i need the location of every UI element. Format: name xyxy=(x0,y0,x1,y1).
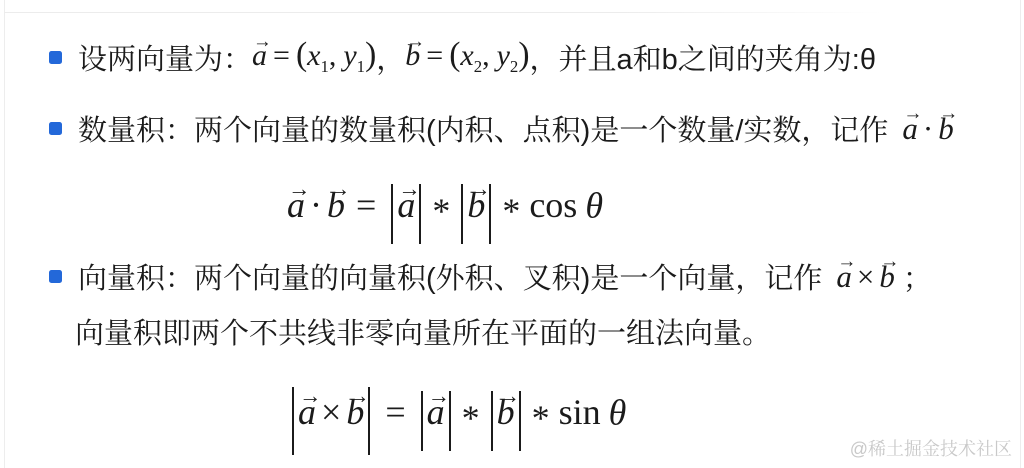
vector-arrow-icon: → xyxy=(468,178,490,200)
vector-a: →a xyxy=(287,187,305,223)
bullet-line-dot-product: 数量积：两个向量的数量积(内积、点积)是一个数量/实数，记作 →a·→b xyxy=(49,105,954,151)
math-letter: x xyxy=(460,39,473,72)
bullet-square-icon xyxy=(49,122,62,135)
math-letter: y xyxy=(343,39,356,72)
line4-text: 向量积即两个不共线非零向量所在平面的一组法向量。 xyxy=(75,311,771,352)
cos-function: cos xyxy=(529,185,577,225)
abs-bar xyxy=(449,391,451,451)
vector-arrow-icon: → xyxy=(406,33,425,52)
vector-arrow-icon: → xyxy=(903,104,922,123)
y-symbol: y xyxy=(343,41,356,71)
cross-operator: × xyxy=(321,392,341,432)
left-paren: ( xyxy=(296,36,307,73)
slide-edge-right xyxy=(1020,0,1021,468)
abs-bar xyxy=(292,387,294,455)
comma: , xyxy=(329,39,337,72)
dot-operator: · xyxy=(923,111,933,146)
vector-a: →a xyxy=(427,394,445,430)
math-letter: y xyxy=(497,39,510,72)
cross-product-formula: →a×→b=→a*→b*sinθ xyxy=(288,382,626,450)
subscript-1: 1 xyxy=(320,57,328,76)
slide-edge-top xyxy=(4,12,884,13)
vector-b: →b xyxy=(879,261,895,292)
vector-arrow-icon: → xyxy=(299,385,321,407)
separator-comma: ， xyxy=(376,37,405,78)
vector-arrow-icon: → xyxy=(880,252,899,271)
subscript-2: 2 xyxy=(474,57,482,76)
vector-b-definition: →b=(x2,y2) xyxy=(405,38,529,76)
vector-b: →b xyxy=(327,187,345,223)
abs-bar xyxy=(419,184,421,244)
dot-operator: · xyxy=(310,185,322,225)
watermark-text: @稀土掘金技术社区 xyxy=(850,435,1012,461)
subscript-1: 1 xyxy=(357,57,365,76)
abs-bar xyxy=(421,391,423,451)
equals-sign: = xyxy=(356,185,376,225)
vector-b: →b xyxy=(467,187,485,223)
vector-a: →a xyxy=(836,261,852,292)
vector-b: →b xyxy=(497,394,515,430)
bullet-line-vectors-definition: 设两向量为： →a=(x1,y1) ， →b=(x2,y2) ，并且a和b之间的… xyxy=(49,34,876,80)
x-symbol: x xyxy=(460,41,473,71)
equals-sign: = xyxy=(385,392,405,432)
vector-a: →a xyxy=(397,187,415,223)
cross-operator: × xyxy=(857,259,874,294)
bullet-square-icon xyxy=(49,51,62,64)
vector-b: →b xyxy=(405,41,420,71)
math-letter: x xyxy=(307,39,320,72)
abs-bar xyxy=(461,184,463,244)
dot-product-notation: →a·→b xyxy=(902,113,953,144)
y-symbol: y xyxy=(497,41,510,71)
cross-product-description-line: 向量积即两个不共线非零向量所在平面的一组法向量。 xyxy=(75,308,771,354)
multiply-star: * xyxy=(432,191,450,231)
vector-arrow-icon: → xyxy=(253,33,272,52)
equals-sign: = xyxy=(426,39,443,72)
equals-sign: = xyxy=(273,39,290,72)
vector-b: →b xyxy=(938,113,954,144)
cross-product-notation: →a×→b xyxy=(836,261,894,292)
abs-bar xyxy=(489,184,491,244)
theta-symbol: θ xyxy=(585,185,603,225)
dot-product-formula: →a·→b=→a*→b*cosθ xyxy=(287,179,603,239)
vector-arrow-icon: → xyxy=(837,252,856,271)
abs-bar xyxy=(391,184,393,244)
vector-arrow-icon: → xyxy=(428,385,450,407)
left-paren: ( xyxy=(449,36,460,73)
theta-symbol: θ xyxy=(609,392,627,432)
vector-a: →a xyxy=(902,113,918,144)
line2-text: 数量积：两个向量的数量积(内积、点积)是一个数量/实数，记作 xyxy=(78,108,888,149)
vector-arrow-icon: → xyxy=(347,385,369,407)
line1-tail-text: ，并且a和b之间的夹角为:θ xyxy=(530,37,876,78)
multiply-star: * xyxy=(462,398,480,438)
comma: , xyxy=(482,39,490,72)
multiply-star: * xyxy=(532,398,550,438)
bullet-square-icon xyxy=(49,270,62,283)
abs-bar xyxy=(368,387,370,455)
vector-arrow-icon: → xyxy=(288,178,310,200)
multiply-star: * xyxy=(502,191,520,231)
vector-a: →a xyxy=(252,41,267,71)
right-paren: ) xyxy=(365,36,376,73)
abs-bar xyxy=(519,391,521,451)
slide-edge-left xyxy=(4,0,5,468)
line3-text: 向量积：两个向量的向量积(外积、叉积)是一个向量，记作 xyxy=(78,256,822,297)
vector-a: →a xyxy=(298,394,316,430)
bullet-line-cross-product: 向量积：两个向量的向量积(外积、叉积)是一个向量，记作 →a×→b ； xyxy=(49,253,932,299)
sin-function: sin xyxy=(559,392,601,432)
abs-bar xyxy=(491,391,493,451)
vector-arrow-icon: → xyxy=(398,178,420,200)
vector-arrow-icon: → xyxy=(498,385,520,407)
right-paren: ) xyxy=(518,36,529,73)
line3-semicolon: ； xyxy=(903,256,932,297)
vector-b: →b xyxy=(346,394,364,430)
vector-a-definition: →a=(x1,y1) xyxy=(252,38,376,76)
x-symbol: x xyxy=(307,41,320,71)
line1-lead-text: 设两向量为： xyxy=(78,37,252,78)
vector-arrow-icon: → xyxy=(328,178,350,200)
vector-arrow-icon: → xyxy=(939,104,958,123)
